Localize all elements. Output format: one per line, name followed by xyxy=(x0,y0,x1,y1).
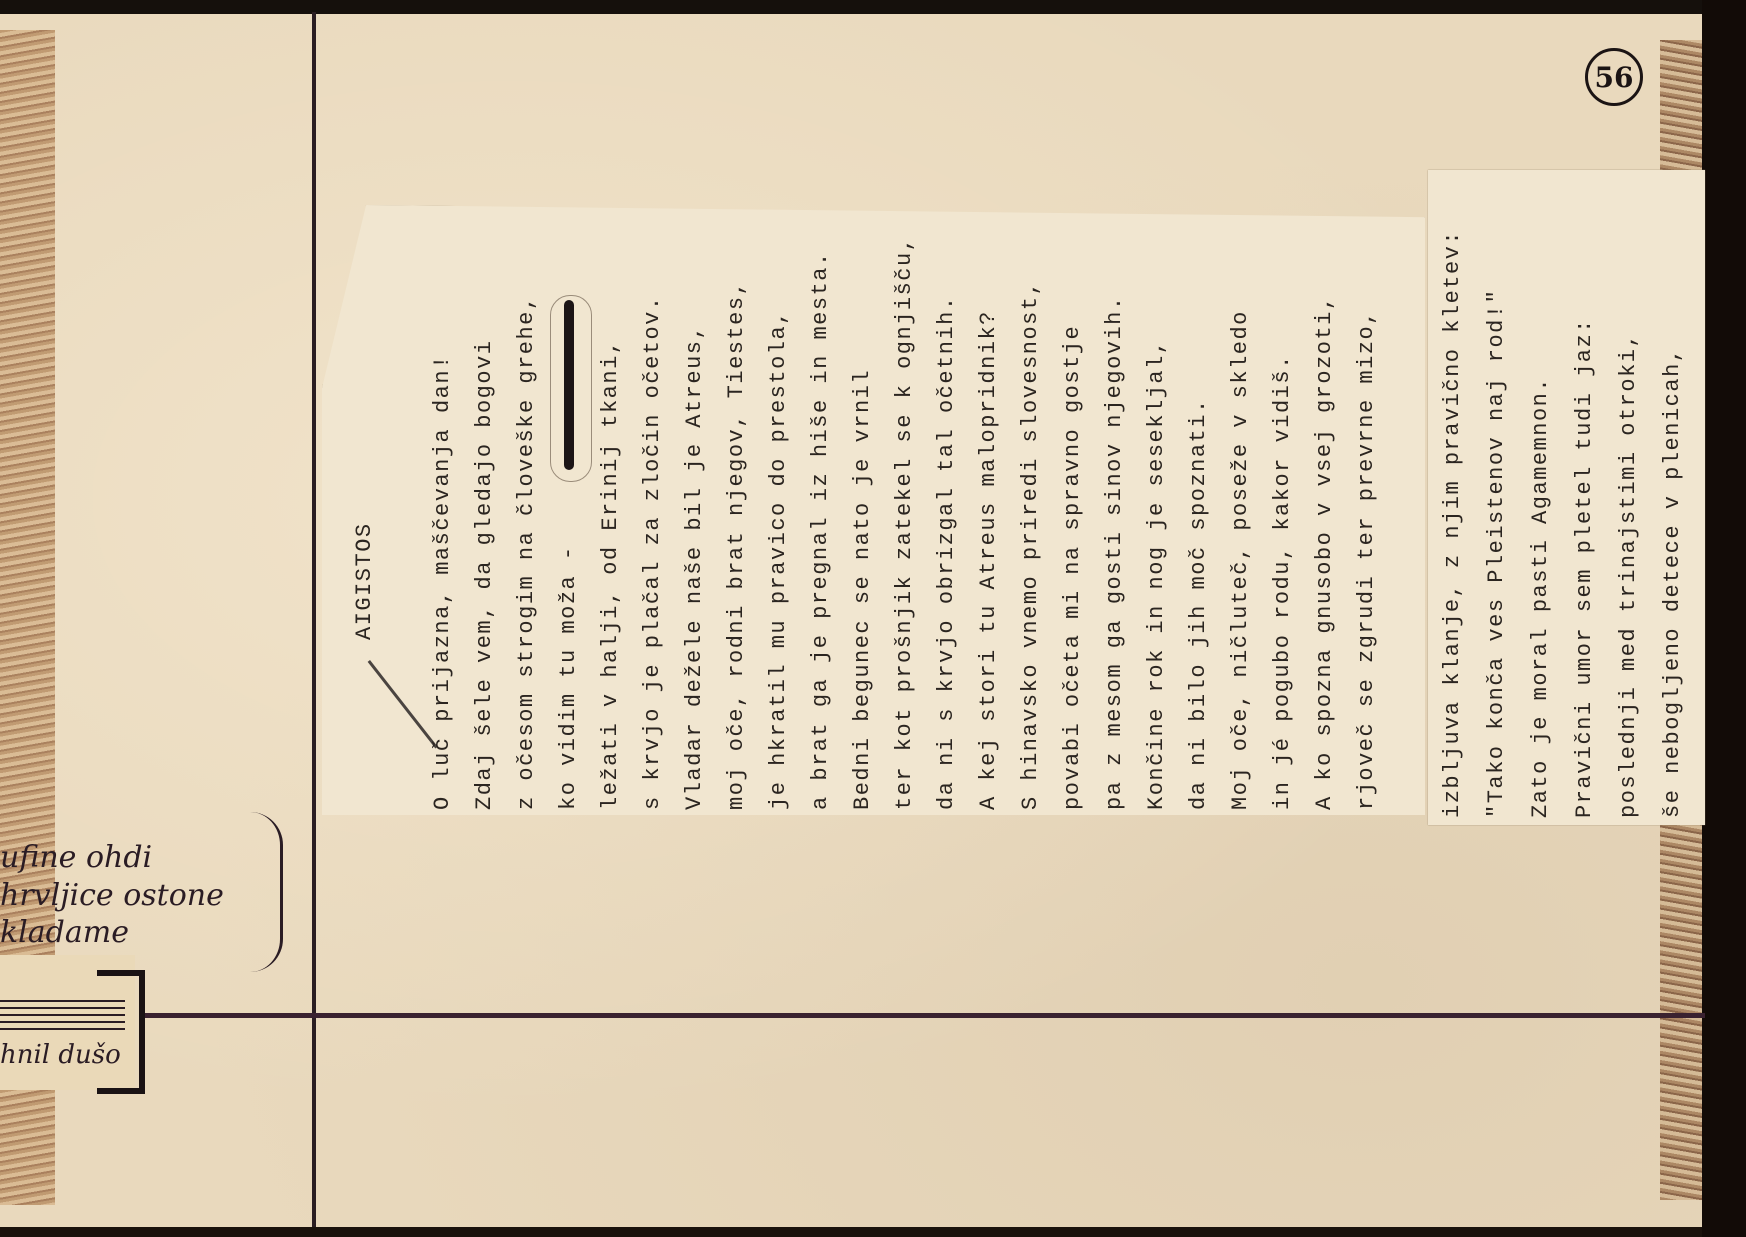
verse-line: izbljuva klanje, z njim pravično kletev: xyxy=(1440,230,1465,818)
scan-right-edge xyxy=(1702,0,1746,1237)
music-caption: hnil dušo xyxy=(0,1040,121,1070)
verse-line: ter kot prošnjik zatekel se k ognjišču, xyxy=(892,237,917,810)
verse-line: Zato je moral pasti Agamemnon. xyxy=(1528,377,1553,818)
verse-line: še nebogljeno detece v plenicah, xyxy=(1660,348,1685,818)
verse-line: Vladar dežele naše bil je Atreus, xyxy=(682,325,707,810)
verse-line: Končine rok in nog je sesekljal, xyxy=(1144,340,1169,810)
verse-line: ko vidim tu moža - xyxy=(556,545,581,810)
verse-line: je hkratil mu pravico do prestola, xyxy=(766,310,791,810)
struck-annotation xyxy=(564,300,574,470)
scan-top-edge xyxy=(0,0,1746,14)
verse-line: moj oče, rodni brat njegov, Tiestes, xyxy=(724,281,749,810)
music-bracket xyxy=(97,970,145,1094)
verse-line: in jé pogubo rodu, kakor vidiš. xyxy=(1270,354,1295,810)
verse-line: povabi očeta mi na spravno gostje xyxy=(1060,325,1085,810)
page-number-circle: 56 xyxy=(1585,48,1643,106)
verse-line: Bedni begunec se nato je vrnil xyxy=(850,369,875,810)
verse-line: S hinavsko vnemo priredi slovesnost, xyxy=(1018,281,1043,810)
verse-line: Pravični umor sem pletel tudi jaz: xyxy=(1572,318,1597,818)
verse-line: s krvjo je plačal za zločin očetov. xyxy=(640,295,665,810)
verse-line: ležati v halji, od Erinij tkani, xyxy=(598,340,623,810)
verse-line: A ko spozna gnusobo v vsej grozoti, xyxy=(1312,295,1337,810)
verse-line: da ni bilo jih moč spoznati. xyxy=(1186,398,1211,810)
verse-line: pa z mesom ga gosti sinov njegovih. xyxy=(1102,295,1127,810)
verse-line: A kej stori tu Atreus malopridnik? xyxy=(976,310,1001,810)
verse-line: rjoveč se zgrudi ter prevrne mizo, xyxy=(1354,310,1379,810)
verse-line: Moj oče, ničluteč, poseže v skledo xyxy=(1228,310,1253,810)
handwritten-note-line3: kladame xyxy=(0,915,129,950)
verse-line: da ni s krvjo obrizgal tal očetnih. xyxy=(934,295,959,810)
page-number: 56 xyxy=(1595,61,1634,94)
slip-title: AIGISTOS xyxy=(352,522,377,640)
vertical-margin-rule xyxy=(312,12,316,1227)
verse-line: Zdaj šele vem, da gledajo bogovi xyxy=(472,340,497,810)
verse-line: O luč prijazna, maščevanja dan! xyxy=(430,354,455,810)
verse-line: "Tako konča ves Pleistenov naj rod!" xyxy=(1484,289,1509,818)
handwritten-note-line2: hrvljice ostone xyxy=(0,878,224,913)
verse-line: a brat ga je pregnal iz hiše in mesta. xyxy=(808,251,833,810)
horizontal-rule xyxy=(140,1013,1705,1018)
handwritten-parenthesis xyxy=(250,812,283,972)
verse-line: z očesom strogim na človeške grehe, xyxy=(514,295,539,810)
handwritten-note-line1: ufine ohdi xyxy=(0,840,152,875)
verse-line: poslednji med trinajstimi otroki, xyxy=(1616,333,1641,818)
